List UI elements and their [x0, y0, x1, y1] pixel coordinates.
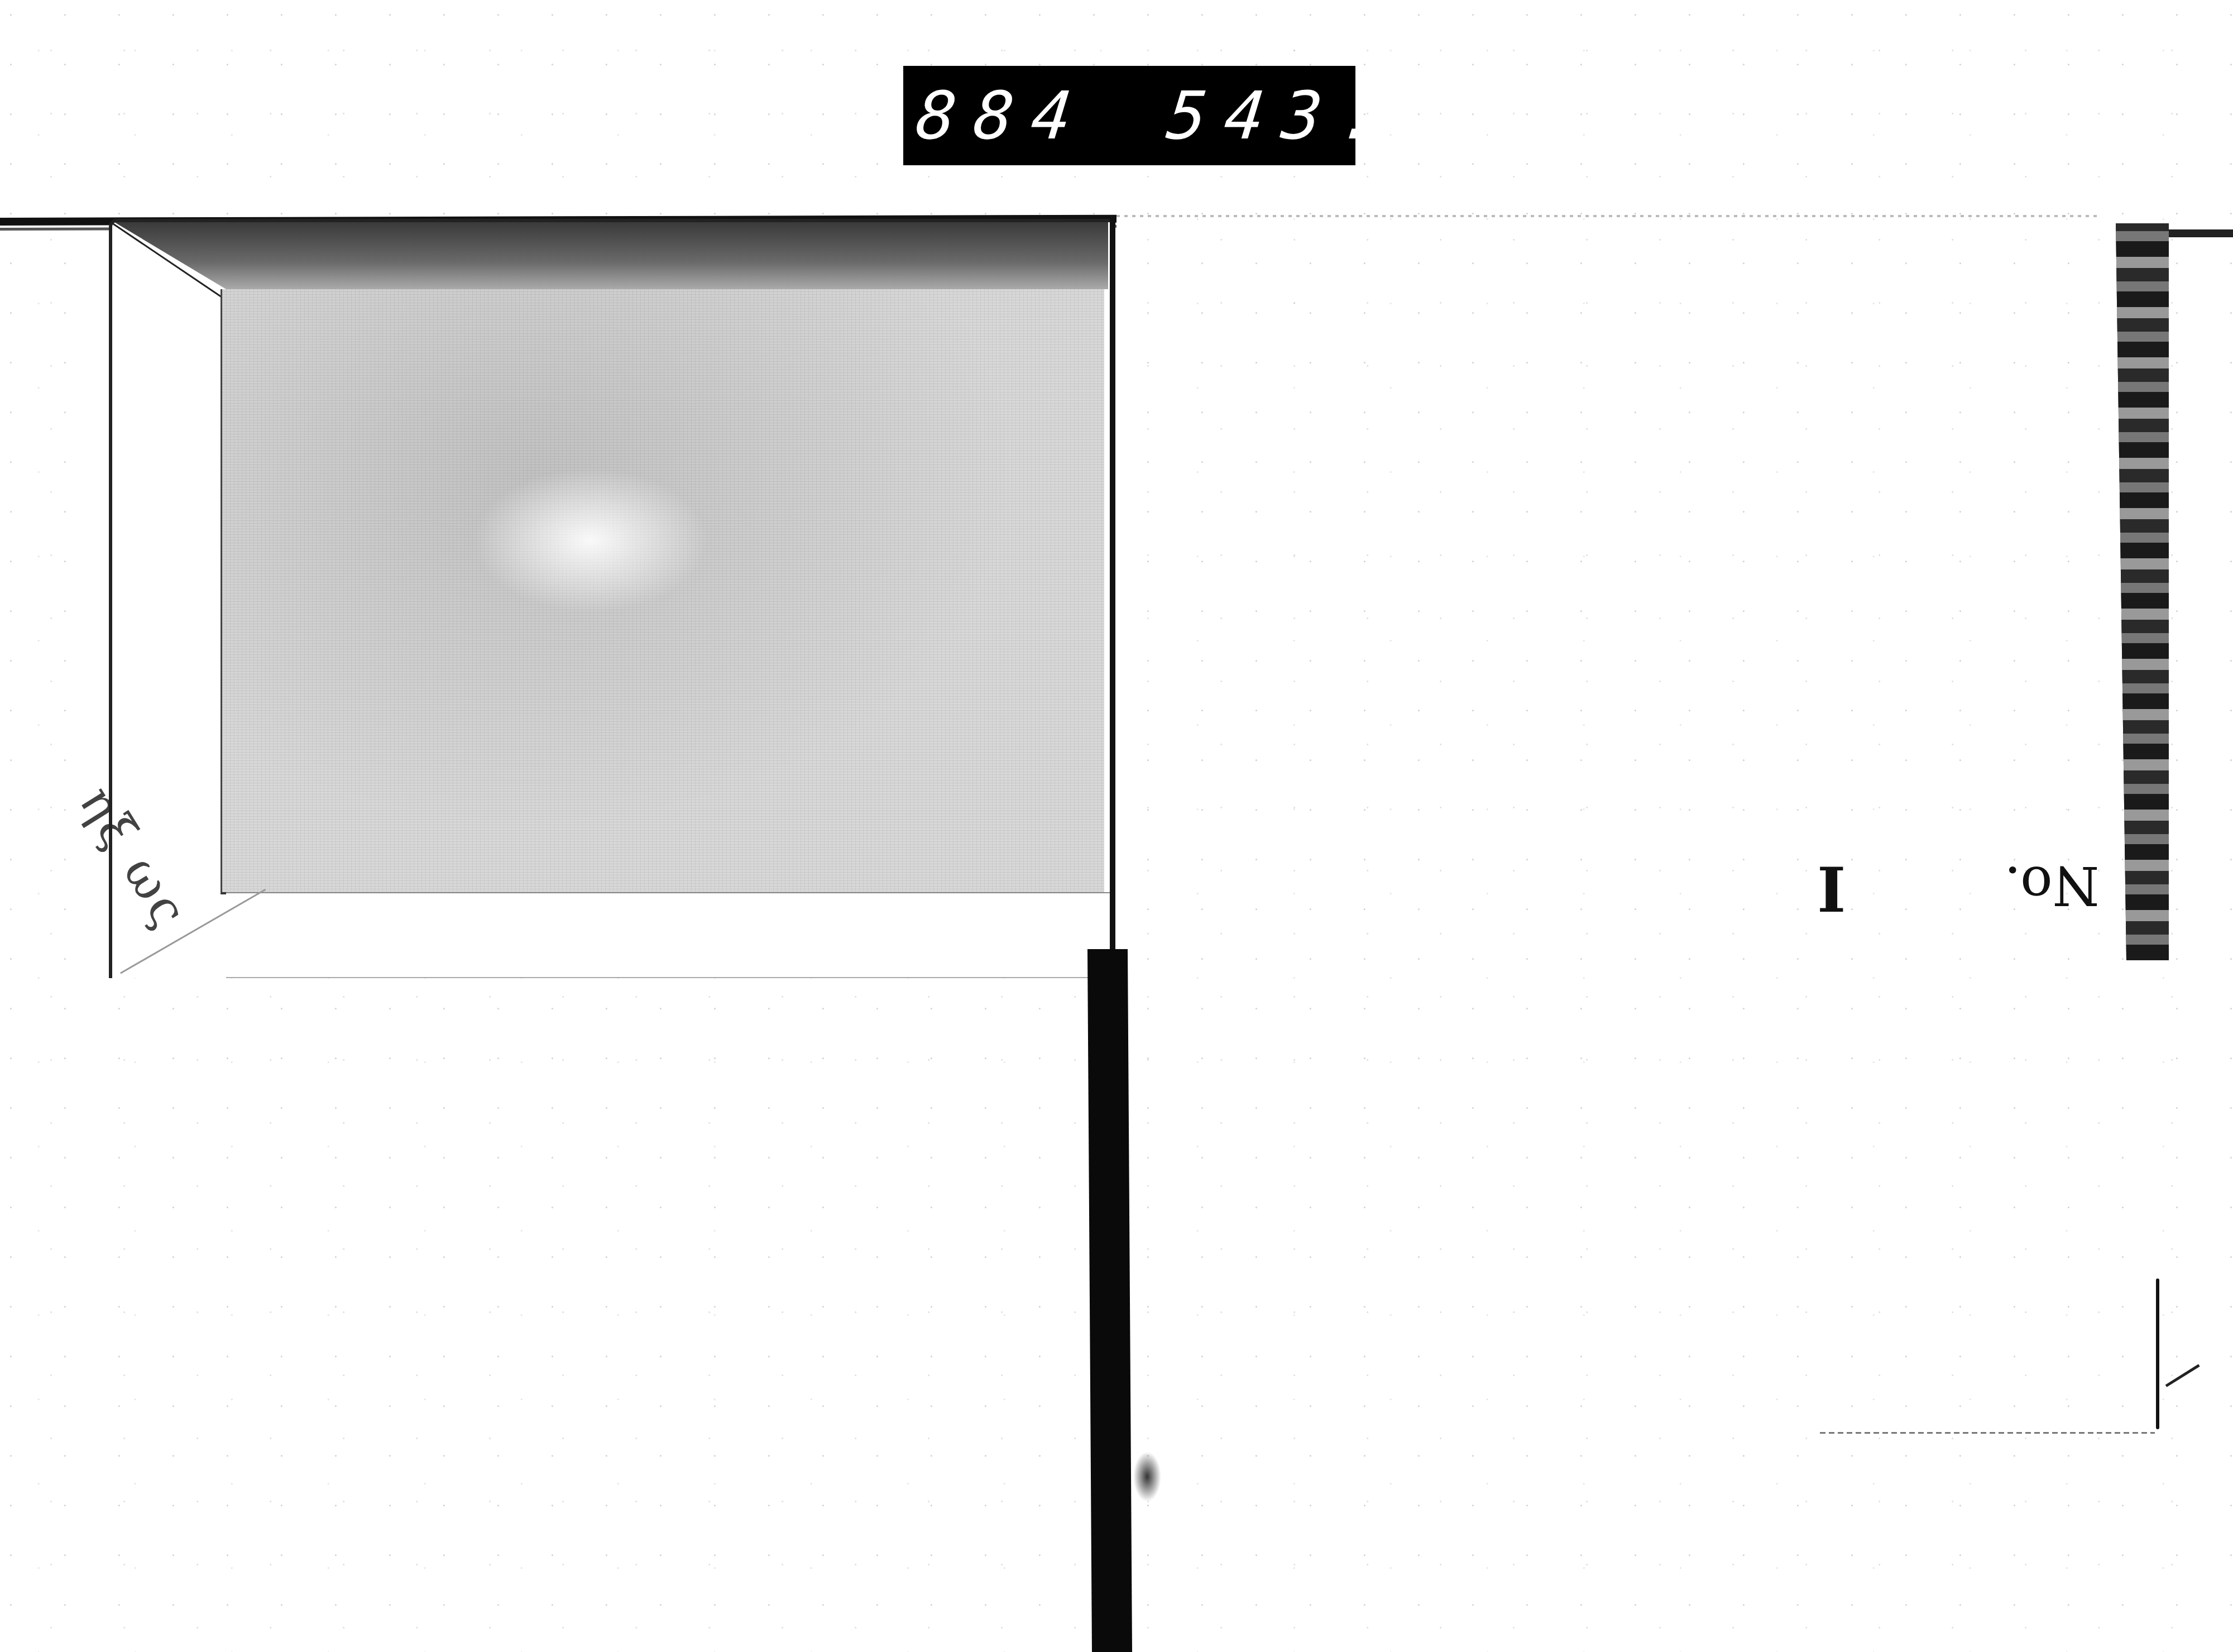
cover-light-spot [473, 468, 708, 613]
cover-right-edge [1110, 219, 1115, 950]
cover-bottom-turn-in [226, 892, 1114, 978]
number-label-mark: No. [2004, 854, 2100, 917]
right-page-top-edge [1116, 215, 2099, 217]
frame-counter-right: 543. [1163, 77, 1402, 154]
right-page [1133, 219, 2127, 1436]
gutter-shadow [1133, 1452, 1161, 1502]
roman-numeral-mark: I [1817, 854, 1846, 926]
cover-paper-panel [221, 289, 1104, 894]
frame-counter-left: 884 [913, 77, 1094, 154]
right-page-bottom-edge [1820, 1432, 2155, 1434]
book-cover [109, 219, 1114, 978]
right-edge-rule [2160, 229, 2233, 237]
right-page-vertical-mark [2156, 1278, 2159, 1429]
frame-counter: 884 543. [903, 66, 1355, 165]
cover-top-shadow [114, 222, 1108, 289]
book-gutter [1087, 949, 1132, 1652]
